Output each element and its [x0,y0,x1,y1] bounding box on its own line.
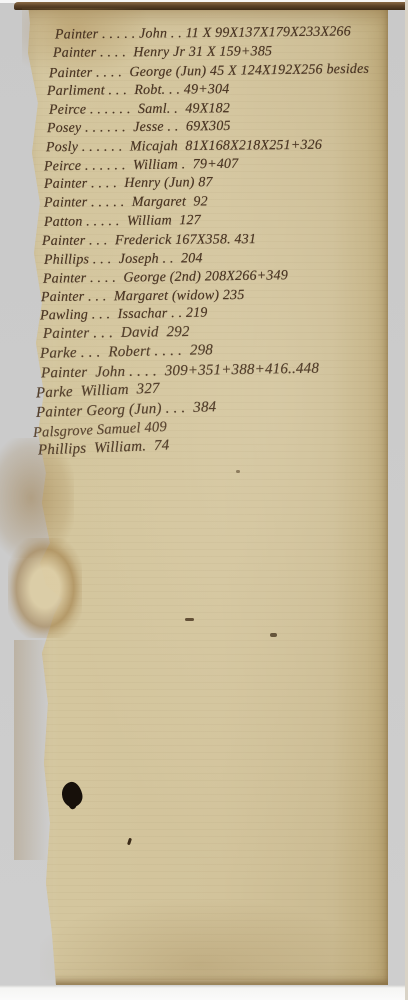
index-entry: Painter Georg (Jun) . . . 384 [36,399,217,422]
index-entry: Painter . . . David 292 [43,324,190,343]
index-entry: Painter . . . . George (Jun) 45 X 124X19… [49,62,369,82]
index-entry: Posly . . . . . . Micajah 81X168X218X251… [46,138,322,156]
index-entry: Pawling . . . Issachar . . 219 [40,306,208,325]
index-entry: Painter . . . . George (2nd) 208X266+349 [43,268,288,287]
index-entry: Posey . . . . . . Jesse . . 69X305 [47,119,231,137]
index-entry: Peirce . . . . . . William . 79+407 [44,157,239,176]
index-entry: Patton . . . . . William 127 [44,213,201,231]
index-entry: Parliment . . . Robt. . . 49+304 [47,82,230,100]
index-entry: Phillips William. 74 [38,437,170,459]
index-entry: Phillips . . . Joseph . . 204 [44,251,203,269]
index-entry: Painter John . . . . 309+351+388+416..44… [41,361,319,383]
index-entry: Painter . . . . Henry Jr 31 X 159+385 [53,44,272,62]
index-entry: Parke William 327 [36,381,160,403]
index-entry-list: Painter . . . . . John . . 11 X 99X137X1… [16,3,388,503]
index-entry: Painter . . . . Henry (Jun) 87 [44,175,213,193]
index-entry: Peirce . . . . . . Saml. . 49X182 [49,101,230,119]
index-entry: Painter . . . . . John . . 11 X 99X137X1… [55,24,351,43]
index-entry: Parke . . . Robert . . . . 298 [40,342,213,363]
index-entry: Painter . . . . . Margaret 92 [44,194,208,211]
index-entry: Painter . . . Frederick 167X358. 431 [42,232,256,250]
index-entry: Painter . . . Margaret (widow) 235 [41,288,245,306]
